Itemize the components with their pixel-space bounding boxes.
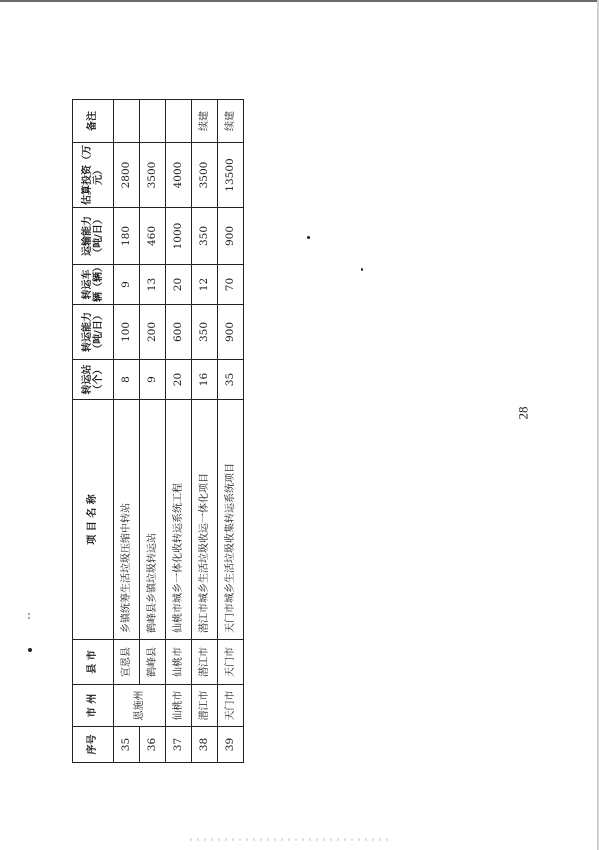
table-row: 39 天门市 天门市 天门市城乡生活垃圾收集转运系统项目 35 900 70 9… xyxy=(218,100,244,763)
cell-investment: 2800 xyxy=(114,143,140,208)
scan-speck xyxy=(307,236,310,239)
cell-remarks xyxy=(114,100,140,143)
header-transfer-capacity: 转运能力（吨/日） xyxy=(73,305,114,360)
cell-project-name: 仙桃市城乡一体化收转运系统工程 xyxy=(166,400,192,640)
cell-transfer-capacity: 600 xyxy=(166,305,192,360)
cell-remarks xyxy=(140,100,166,143)
cell-remarks: 续建 xyxy=(192,100,218,143)
header-county: 县 市 xyxy=(73,640,114,685)
cell-transport-capacity: 180 xyxy=(114,208,140,265)
cell-transfer-capacity: 200 xyxy=(140,305,166,360)
cell-prefecture: 天门市 xyxy=(218,685,244,727)
cell-investment: 13500 xyxy=(218,143,244,208)
cell-investment: 3500 xyxy=(192,143,218,208)
cell-prefecture: 潜江市 xyxy=(192,685,218,727)
cell-seq: 35 xyxy=(114,727,140,763)
cell-project-name: 鹤峰县乡镇垃圾转运站 xyxy=(140,400,166,640)
header-transport-capacity: 运输能力（吨/日） xyxy=(73,208,114,265)
cell-remarks xyxy=(166,100,192,143)
project-table: 序号 市 州 县 市 项 目 名 称 转运站（个） 转运能力（吨/日） 转运车辆… xyxy=(72,99,244,763)
cell-stations: 8 xyxy=(114,360,140,400)
table-row: 37 仙桃市 仙桃市 仙桃市城乡一体化收转运系统工程 20 600 20 100… xyxy=(166,100,192,763)
cell-vehicles: 9 xyxy=(114,265,140,305)
table-header-row: 序号 市 州 县 市 项 目 名 称 转运站（个） 转运能力（吨/日） 转运车辆… xyxy=(73,100,114,763)
header-stations: 转运站（个） xyxy=(73,360,114,400)
project-table-container: 序号 市 州 县 市 项 目 名 称 转运站（个） 转运能力（吨/日） 转运车辆… xyxy=(72,100,244,763)
cell-investment: 4000 xyxy=(166,143,192,208)
scan-speck xyxy=(361,268,363,271)
scan-noise xyxy=(190,838,390,841)
cell-vehicles: 13 xyxy=(140,265,166,305)
cell-investment: 3500 xyxy=(140,143,166,208)
cell-seq: 39 xyxy=(218,727,244,763)
header-project-name: 项 目 名 称 xyxy=(73,400,114,640)
table-row: 38 潜江市 潜江市 潜江市城乡生活垃圾收运一体化项目 16 350 12 35… xyxy=(192,100,218,763)
cell-seq: 38 xyxy=(192,727,218,763)
header-vehicles: 转运车辆（辆） xyxy=(73,265,114,305)
scan-speck xyxy=(28,648,32,652)
page-edge xyxy=(0,0,599,2)
header-investment: 估算投资（万元） xyxy=(73,143,114,208)
cell-county: 宣恩县 xyxy=(114,640,140,685)
cell-project-name: 乡镇统筹生活垃圾压缩中转站 xyxy=(114,400,140,640)
cell-transport-capacity: 1000 xyxy=(166,208,192,265)
table-row: 36 鹤峰县 鹤峰县乡镇垃圾转运站 9 200 13 460 3500 xyxy=(140,100,166,763)
cell-stations: 35 xyxy=(218,360,244,400)
cell-transport-capacity: 900 xyxy=(218,208,244,265)
cell-county: 鹤峰县 xyxy=(140,640,166,685)
cell-seq: 37 xyxy=(166,727,192,763)
scan-speck xyxy=(28,613,30,615)
cell-transfer-capacity: 900 xyxy=(218,305,244,360)
cell-project-name: 潜江市城乡生活垃圾收运一体化项目 xyxy=(192,400,218,640)
header-seq: 序号 xyxy=(73,727,114,763)
cell-vehicles: 12 xyxy=(192,265,218,305)
cell-county: 仙桃市 xyxy=(166,640,192,685)
cell-transport-capacity: 460 xyxy=(140,208,166,265)
table-row: 35 恩施州 宣恩县 乡镇统筹生活垃圾压缩中转站 8 100 9 180 280… xyxy=(114,100,140,763)
cell-transport-capacity: 350 xyxy=(192,208,218,265)
cell-stations: 20 xyxy=(166,360,192,400)
cell-prefecture: 恩施州 xyxy=(114,685,166,727)
cell-stations: 9 xyxy=(140,360,166,400)
cell-transfer-capacity: 350 xyxy=(192,305,218,360)
header-remarks: 备注 xyxy=(73,100,114,143)
cell-county: 潜江市 xyxy=(192,640,218,685)
cell-seq: 36 xyxy=(140,727,166,763)
cell-vehicles: 70 xyxy=(218,265,244,305)
cell-prefecture: 仙桃市 xyxy=(166,685,192,727)
cell-transfer-capacity: 100 xyxy=(114,305,140,360)
page-number: 28 xyxy=(516,407,532,420)
cell-project-name: 天门市城乡生活垃圾收集转运系统项目 xyxy=(218,400,244,640)
cell-vehicles: 20 xyxy=(166,265,192,305)
cell-county: 天门市 xyxy=(218,640,244,685)
scan-speck xyxy=(28,617,30,619)
header-prefecture: 市 州 xyxy=(73,685,114,727)
cell-stations: 16 xyxy=(192,360,218,400)
cell-remarks: 续建 xyxy=(218,100,244,143)
